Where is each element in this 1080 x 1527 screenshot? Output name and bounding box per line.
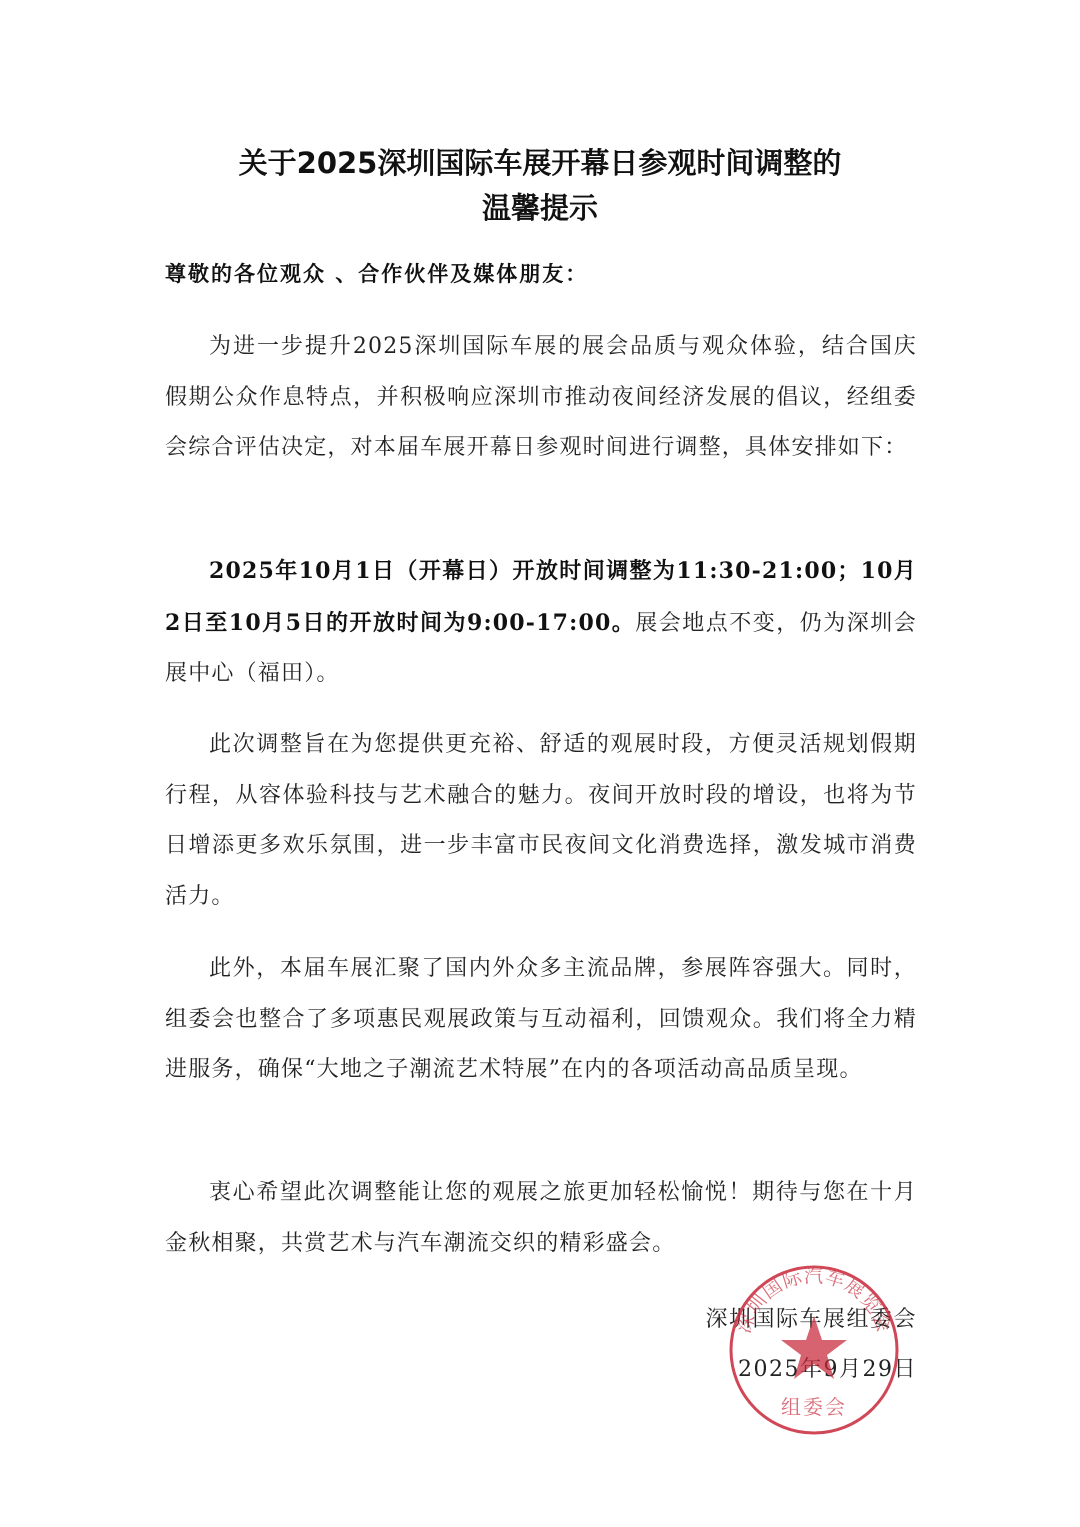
paragraph-closing: 衷心希望此次调整能让您的观展之旅更加轻松愉悦！期待与您在十月金秋相聚，共赏艺术与… — [165, 1168, 917, 1269]
stamp-bottom-text: 组委会 — [781, 1395, 847, 1419]
paragraph-schedule: 2025年10月1日（开幕日）开放时间调整为11:30-21:00；10月2日至… — [165, 546, 917, 700]
document-title-line1: 关于2025深圳国际车展开幕日参观时间调整的 — [0, 141, 1080, 182]
paragraph-purpose: 此次调整旨在为您提供更充裕、舒适的观展时段，方便灵活规划假期行程，从容体验科技与… — [165, 720, 917, 922]
star-icon — [781, 1316, 847, 1379]
paragraph-intro: 为进一步提升2025深圳国际车展的展会品质与观众体验，结合国庆假期公众作息特点，… — [165, 322, 917, 474]
paragraph-highlights: 此外，本届车展汇聚了国内外众多主流品牌，参展阵容强大。同时，组委会也整合了多项惠… — [165, 944, 917, 1096]
document-title-line2: 温馨提示 — [0, 186, 1080, 227]
salutation: 尊敬的各位观众 、合作伙伴及媒体朋友： — [165, 258, 588, 288]
official-seal-stamp: 深圳国际汽车展览会 组委会 — [728, 1264, 900, 1436]
